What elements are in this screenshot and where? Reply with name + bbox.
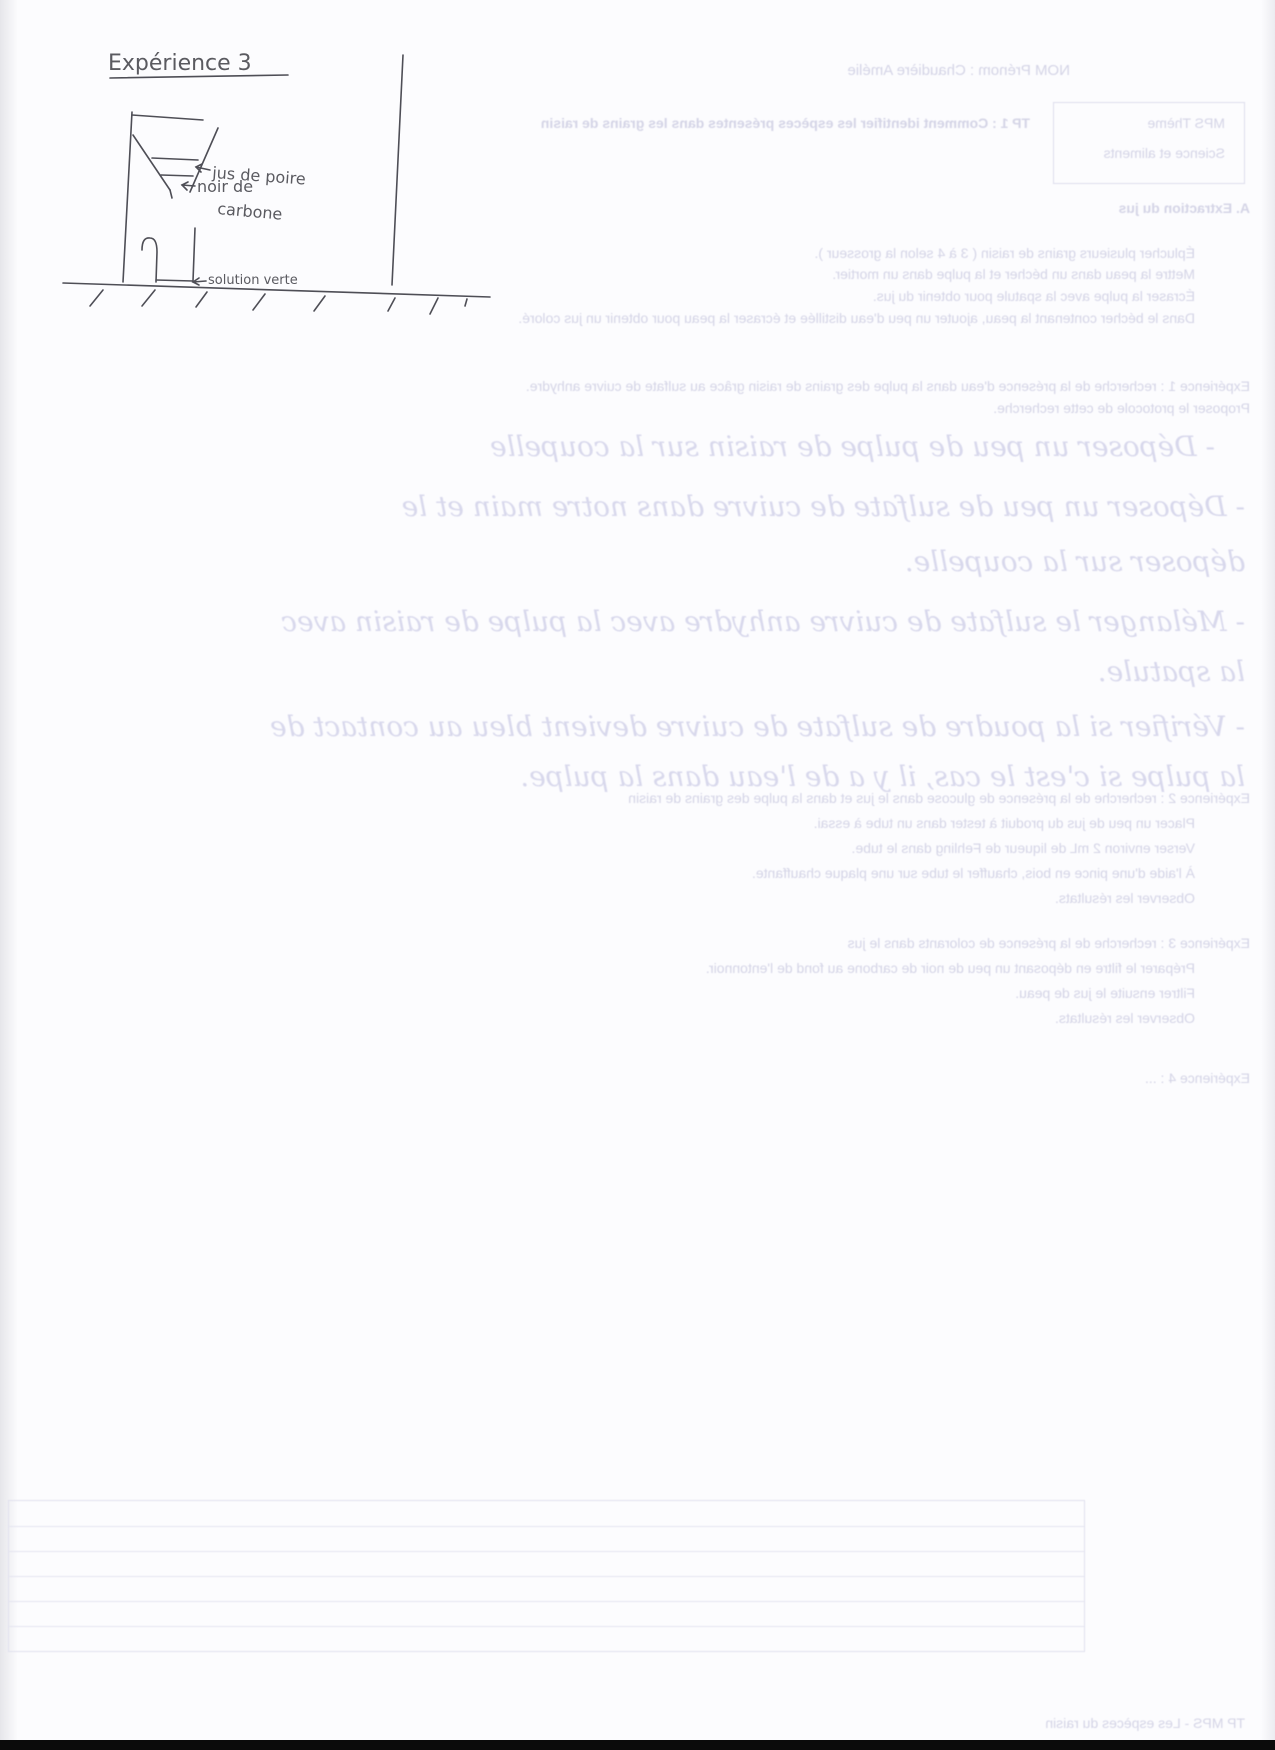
label-carbon-line-2: carbone <box>217 199 284 224</box>
scan-edge-bottom <box>0 1740 1275 1750</box>
label-carbon-line-1: noir de <box>197 177 253 196</box>
sketch-title: Expérience 3 <box>108 51 252 76</box>
filtration-diagram: Expérience 3 jus de poire noir de carbon… <box>0 0 1275 1750</box>
handwritten-sketch: Expérience 3 jus de poire noir de carbon… <box>0 0 1275 1750</box>
scanned-page: NOM Prénom : Chaudière Amélie MPS Thème … <box>0 0 1275 1750</box>
label-solution: solution verte <box>208 273 298 288</box>
